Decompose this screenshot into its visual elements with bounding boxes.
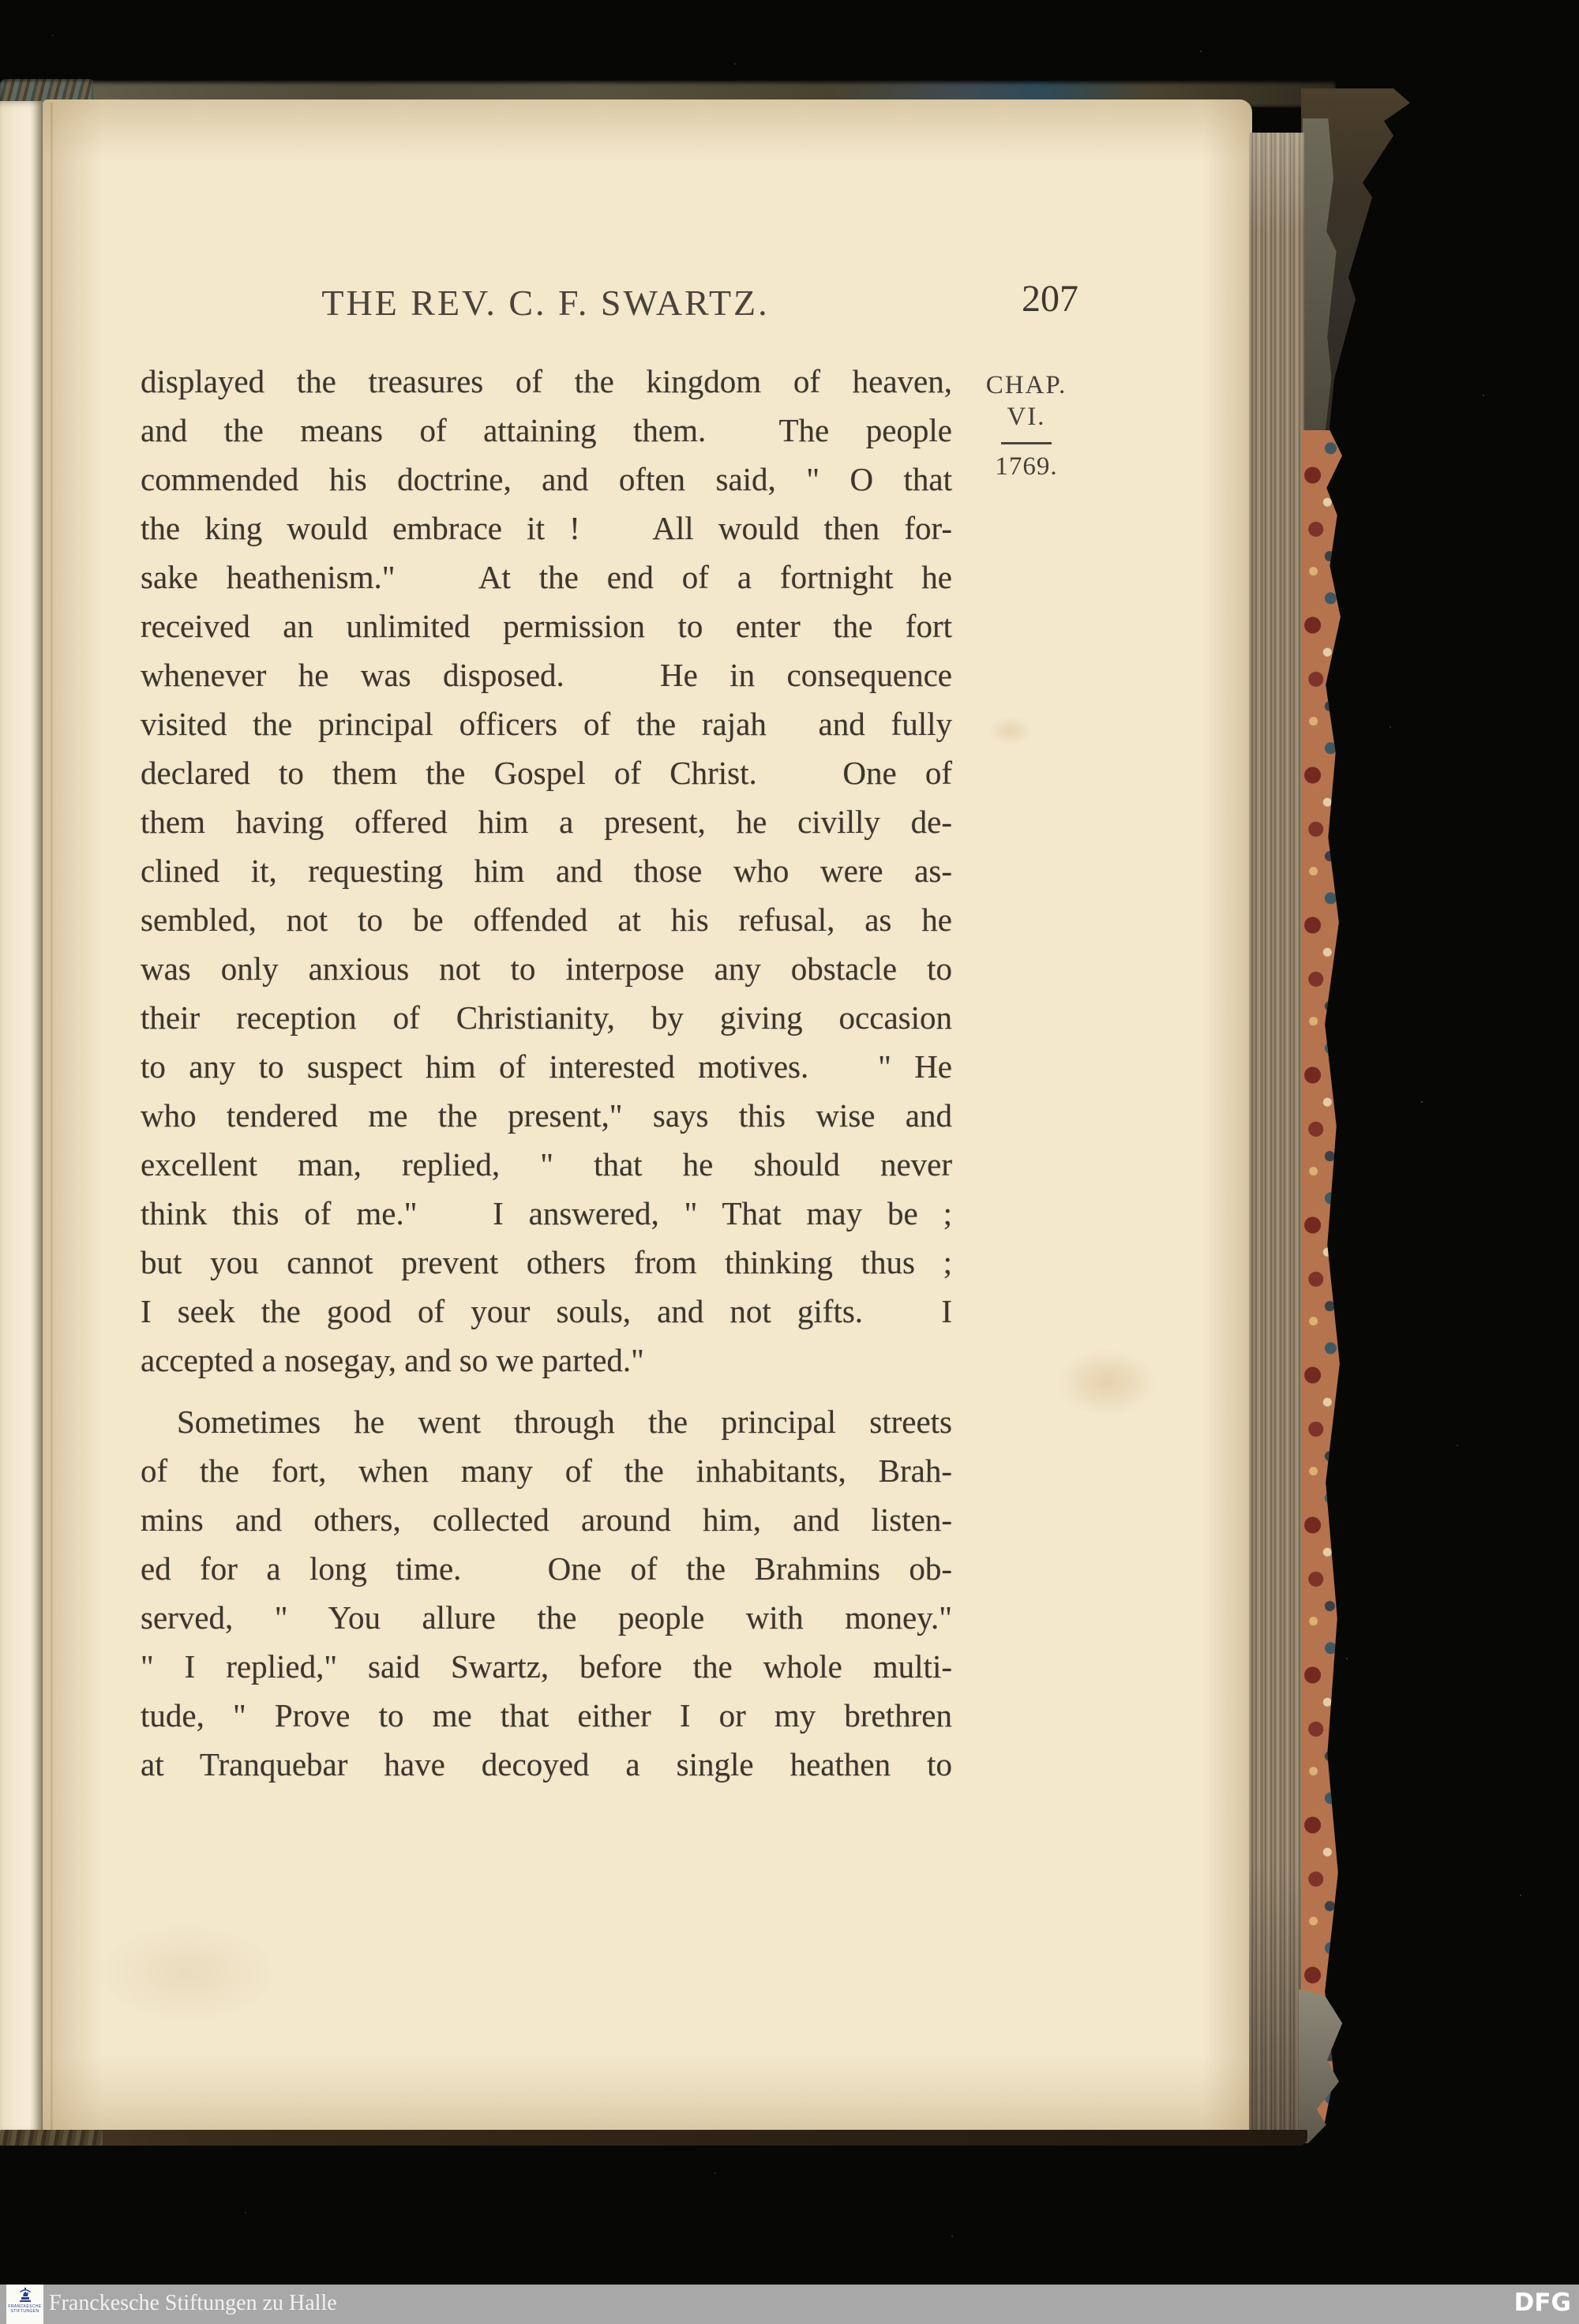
franckesche-logo: FRANCKESCHE STIFTUNGEN bbox=[6, 2285, 43, 2324]
text-line: mins and others, collected around him, a… bbox=[141, 1495, 952, 1544]
text-line: and the means of attaining them. The peo… bbox=[141, 406, 952, 455]
text-line: the king would embrace it ! All would th… bbox=[141, 504, 952, 553]
text-line: to any to suspect him of interested moti… bbox=[141, 1042, 952, 1091]
franckesche-emblem-icon bbox=[17, 2287, 33, 2304]
text-line: I seek the good of your souls, and not g… bbox=[141, 1287, 952, 1336]
text-line: of the fort, when many of the inhabitant… bbox=[141, 1446, 952, 1495]
text-line: visited the principal officers of the ra… bbox=[141, 699, 952, 748]
sidenote-rule bbox=[1001, 442, 1052, 444]
book-bottom-edge bbox=[0, 2130, 1307, 2146]
text-line: their reception of Christianity, by givi… bbox=[141, 993, 952, 1042]
book-cover-board-bottom bbox=[1299, 1989, 1346, 2143]
scanned-book-page-viewer: THE REV. C. F. SWARTZ. 207 CHAP. VI. 176… bbox=[0, 0, 1579, 2324]
text-line: declared to them the Gospel of Christ. O… bbox=[141, 748, 952, 797]
text-line: them having offered him a present, he ci… bbox=[141, 797, 952, 846]
text-line: " I replied," said Swartz, before the wh… bbox=[141, 1642, 952, 1691]
text-line: served, " You allure the people with mon… bbox=[141, 1593, 952, 1642]
text-line: displayed the treasures of the kingdom o… bbox=[141, 357, 952, 406]
marbled-cover-paper bbox=[1301, 430, 1342, 2127]
text-line: but you cannot prevent others from think… bbox=[141, 1238, 952, 1287]
logo-text-line2: STIFTUNGEN bbox=[11, 2309, 39, 2314]
book-bottom-headband bbox=[0, 2130, 103, 2146]
text-line: excellent man, replied, " that he should… bbox=[141, 1140, 952, 1189]
chapter-label: CHAP. bbox=[982, 369, 1071, 401]
text-line: sake heathenism." At the end of a fortni… bbox=[141, 553, 952, 602]
running-header: THE REV. C. F. SWARTZ. bbox=[141, 282, 951, 324]
sidenote-year: 1769. bbox=[982, 452, 1071, 482]
text-line: received an unlimited permission to ente… bbox=[141, 602, 952, 650]
institution-label: Franckesche Stiftungen zu Halle bbox=[49, 2291, 337, 2316]
book-fore-edge-pages bbox=[1249, 133, 1304, 2142]
paragraph: displayed the treasures of the kingdom o… bbox=[141, 357, 952, 1385]
text-line: whenever he was disposed. He in conseque… bbox=[141, 650, 952, 699]
text-line: accepted a nosegay, and so we parted." bbox=[141, 1336, 952, 1385]
page-number: 207 bbox=[1022, 277, 1078, 320]
chapter-numeral: VI. bbox=[982, 401, 1071, 433]
paragraph: Sometimes he went through the principal … bbox=[141, 1397, 952, 1789]
text-line: Sometimes he went through the principal … bbox=[141, 1397, 952, 1446]
chapter-sidenote: CHAP. VI. 1769. bbox=[982, 369, 1071, 482]
text-line: clined it, requesting him and those who … bbox=[141, 846, 952, 895]
dust-specks bbox=[0, 0, 2, 2]
text-line: sembled, not to be offended at his refus… bbox=[141, 895, 952, 944]
text-line: at Tranquebar have decoyed a single heat… bbox=[141, 1740, 952, 1789]
text-line: commended his doctrine, and often said, … bbox=[141, 455, 952, 504]
book-gutter-page-edge bbox=[0, 101, 43, 2135]
text-line: who tendered me the present," says this … bbox=[141, 1091, 952, 1140]
dfg-logo: DFG bbox=[1514, 2288, 1571, 2317]
page-crease bbox=[51, 103, 54, 2131]
body-text: displayed the treasures of the kingdom o… bbox=[141, 357, 952, 1789]
text-line: think this of me." I answered, " That ma… bbox=[141, 1189, 952, 1238]
text-line: tude, " Prove to me that either I or my … bbox=[141, 1691, 952, 1740]
text-line: ed for a long time. One of the Brahmins … bbox=[141, 1544, 952, 1593]
text-line: was only anxious not to interpose any ob… bbox=[141, 944, 952, 993]
